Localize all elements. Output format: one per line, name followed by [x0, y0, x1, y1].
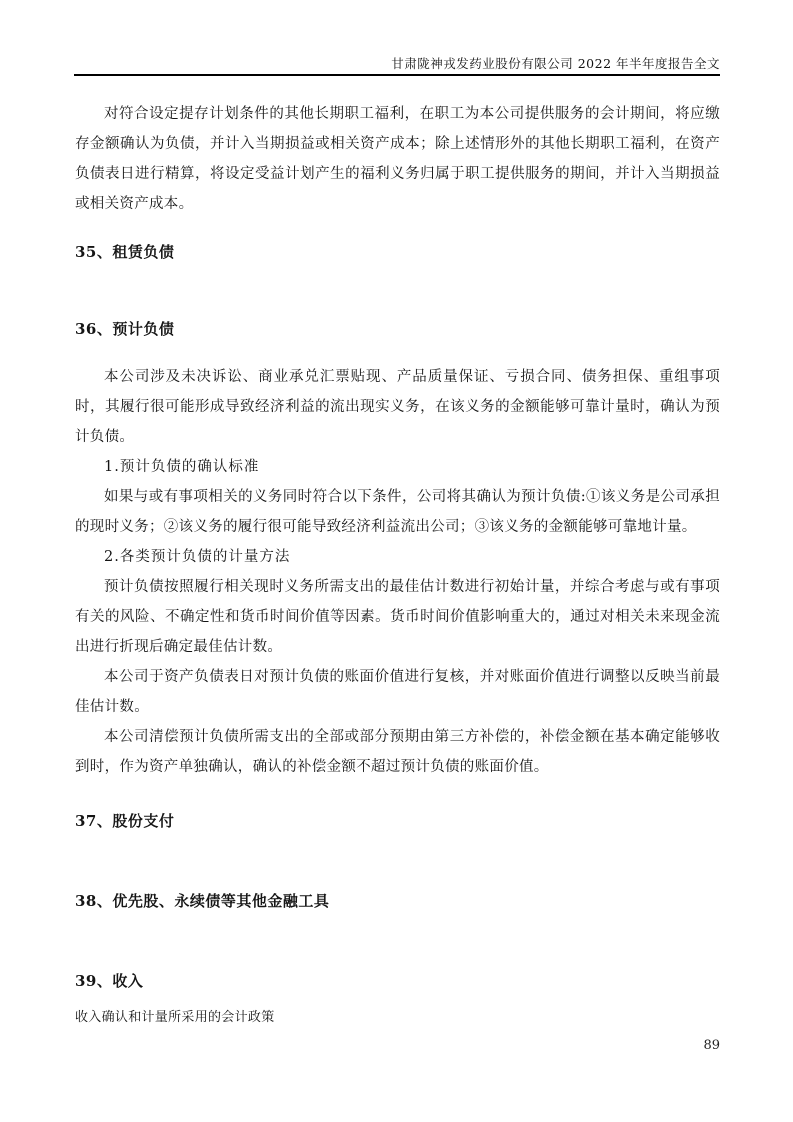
page-number: 89: [703, 1038, 720, 1054]
body-paragraph-recognition-conditions: 如果与或有事项相关的义务同时符合以下条件，公司将其确认为预计负债:①该义务是公司…: [75, 482, 720, 542]
section-heading-38-preferred-shares: 38、优先股、永续债等其他金融工具: [75, 886, 720, 916]
body-paragraph-recognition-scope: 本公司涉及未决诉讼、商业承兑汇票贴现、产品质量保证、亏损合同、债务担保、重组事项…: [75, 362, 720, 452]
numbered-subheading-2-measurement-method: 2.各类预计负债的计量方法: [75, 542, 720, 572]
numbered-subheading-1-recognition-criteria: 1.预计负债的确认标准: [75, 452, 720, 482]
section-heading-36-estimated-liabilities: 36、预计负债: [75, 314, 720, 344]
body-paragraph-balance-sheet-review: 本公司于资产负债表日对预计负债的账面价值进行复核，并对账面价值进行调整以反映当前…: [75, 662, 720, 722]
section-heading-37-share-based-payment: 37、股份支付: [75, 806, 720, 836]
body-paragraph-initial-measurement: 预计负债按照履行相关现时义务所需支出的最佳估计数进行初始计量，并综合考虑与或有事…: [75, 572, 720, 662]
body-paragraph-third-party-compensation: 本公司清偿预计负债所需支出的全部或部分预期由第三方补偿的，补偿金额在基本确定能够…: [75, 722, 720, 782]
document-page: 甘肃陇神戎发药业股份有限公司 2022 年半年度报告全文 对符合设定提存计划条件…: [0, 0, 793, 1122]
note-revenue-accounting-policy: 收入确认和计量所采用的会计政策: [75, 1004, 720, 1032]
section-heading-35-lease-liabilities: 35、租赁负债: [75, 237, 720, 267]
section-heading-39-revenue: 39、收入: [75, 966, 720, 996]
document-content: 对符合设定提存计划条件的其他长期职工福利，在职工为本公司提供服务的会计期间，将应…: [75, 76, 720, 1032]
body-paragraph-employee-benefits: 对符合设定提存计划条件的其他长期职工福利，在职工为本公司提供服务的会计期间，将应…: [75, 99, 720, 219]
header-title: 甘肃陇神戎发药业股份有限公司 2022 年半年度报告全文: [391, 56, 720, 71]
page-header: 甘肃陇神戎发药业股份有限公司 2022 年半年度报告全文: [74, 0, 720, 76]
